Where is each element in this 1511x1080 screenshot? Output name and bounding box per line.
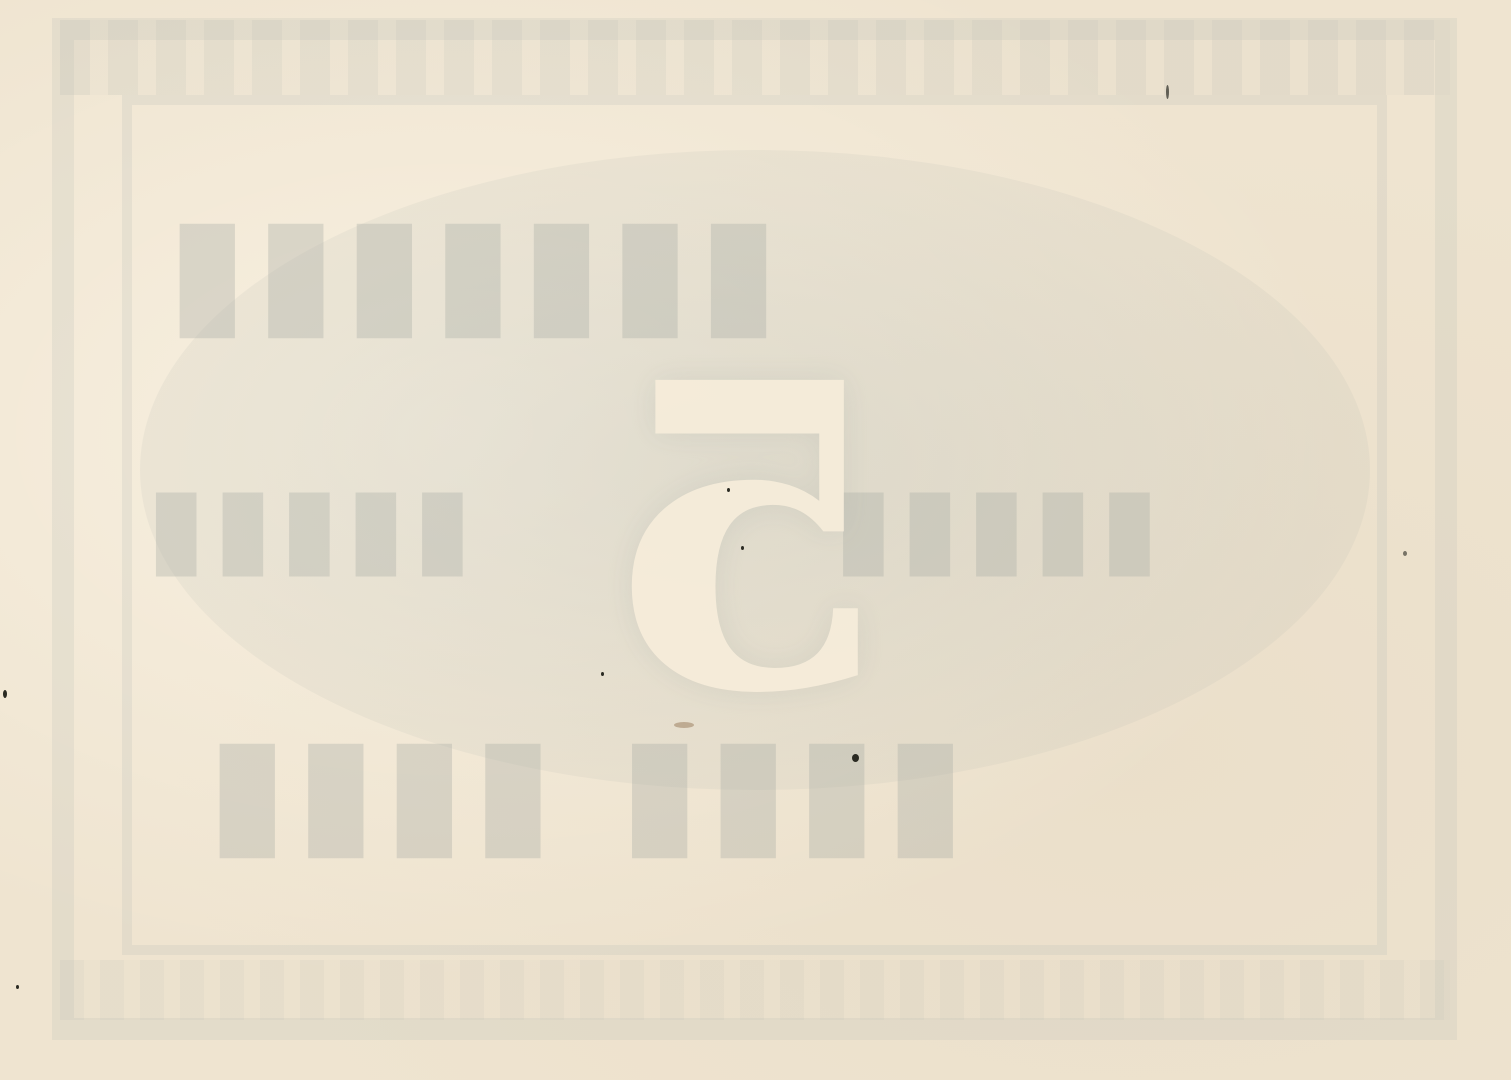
paper-speck [3, 690, 7, 698]
mirrored-numeral: 5 [600, 330, 892, 750]
paper-speck [1403, 551, 1407, 556]
paper-speck [741, 546, 744, 550]
paper-stain [674, 722, 694, 728]
scanned-paper: ▮▮▮▮▮▮▮ ▮▮▮▮▮ ▮▮▮▮▮ ▮▮▮▮ ▮▮▮▮ 5 [0, 0, 1511, 1080]
paper-speck [16, 985, 19, 989]
paper-speck [852, 754, 859, 762]
paper-speck [1166, 85, 1169, 99]
paper-speck [601, 672, 604, 676]
paper-speck [727, 488, 730, 492]
